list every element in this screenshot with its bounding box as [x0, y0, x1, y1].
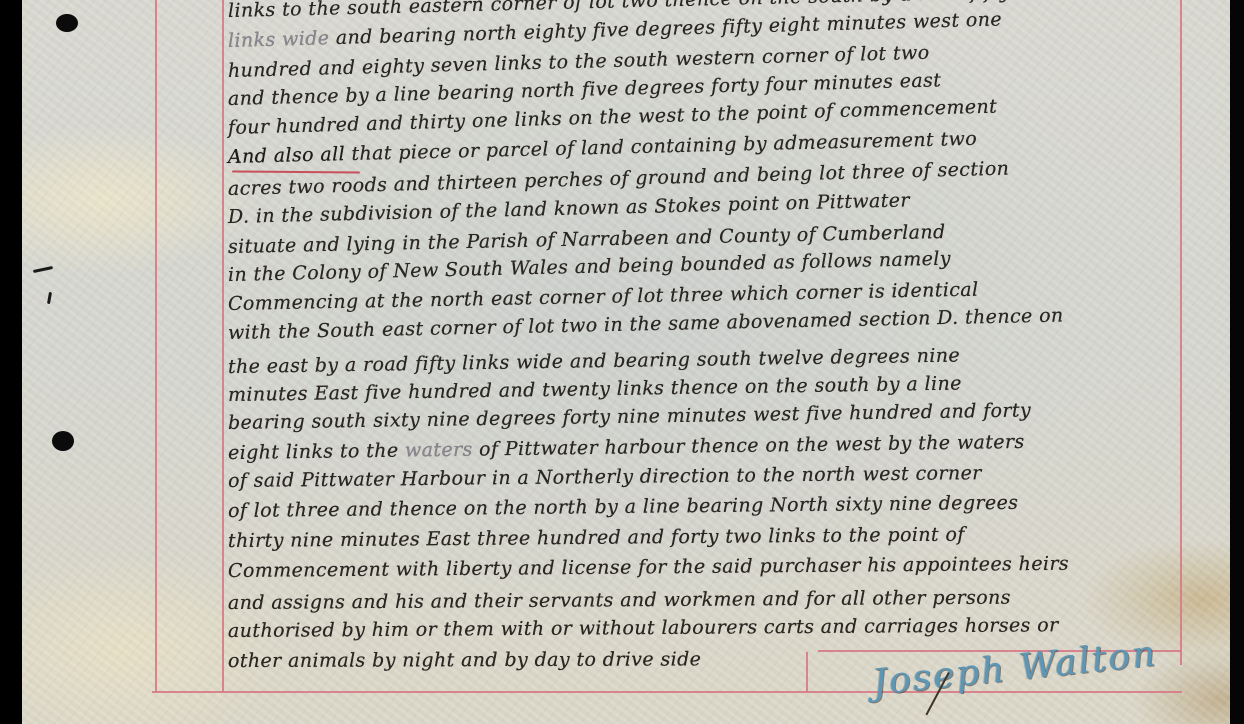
deed-line-text: other animals by night and by day to dri…	[228, 648, 701, 672]
inner-margin-line	[222, 0, 224, 692]
punch-hole-top	[56, 14, 78, 32]
scanned-deed-page: links to the south eastern corner of lot…	[0, 0, 1244, 724]
bottom-rule-line	[152, 691, 1182, 693]
scan-edge-shadow	[1230, 0, 1244, 724]
deed-line-23: other animals by night and by day to dri…	[228, 648, 701, 672]
right-margin-line	[1180, 0, 1182, 665]
deed-line-faint-text: links wide	[228, 27, 330, 52]
deed-line-heading-text: And also all	[228, 143, 346, 168]
deed-line-faint-text: waters	[405, 439, 473, 462]
punch-hole-bottom	[52, 431, 74, 451]
outer-margin-line	[155, 0, 157, 692]
deed-line-text: eight links to the	[228, 440, 405, 464]
closing-tick-line	[806, 652, 808, 692]
